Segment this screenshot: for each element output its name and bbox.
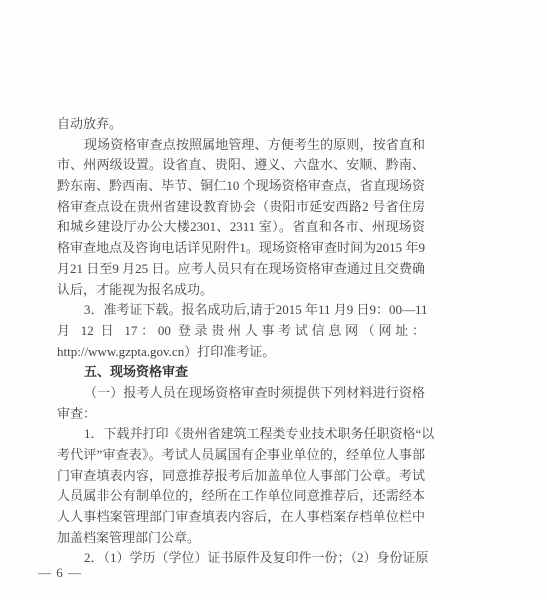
document-line: 黔东南、黔西南、毕节、铜仁10 个现场资格审查点，省直现场资: [57, 176, 425, 197]
document-line: 门审查填表内容，同意推荐报考后加盖单位人事部门公章。考试: [57, 466, 425, 487]
document-line-url: http://www.gzpta.gov.cn）打印准考证。: [57, 342, 425, 363]
document-line: 人员属非公有制单位的，经所在工作单位同意推荐后，还需经本: [57, 486, 425, 507]
document-line: 考代评”审查表》。考试人员属国有企事业单位的，经单位人事部: [57, 445, 425, 466]
document-page: 自动放弃。 现场资格审查点按照属地管理、方便考生的原则，按省直和 市、州两级设置…: [0, 0, 547, 600]
document-line: 加盖档案管理部门公章。: [57, 528, 425, 549]
document-line: 格审查点设在贵州省建设教育协会（贵阳市延安西路2 号省住房: [57, 197, 425, 218]
document-line: （一）报考人员在现场资格审查时须提供下列材料进行资格: [57, 383, 425, 404]
document-body: 自动放弃。 现场资格审查点按照属地管理、方便考生的原则，按省直和 市、州两级设置…: [57, 114, 425, 569]
document-line: 1．下载并打印《贵州省建筑工程类专业技术职务任职资格“以: [57, 424, 425, 445]
section-heading: 五、现场资格审查: [57, 362, 425, 383]
document-line: 人人事档案管理部门审查填表内容后，在人事档案存档单位栏中: [57, 507, 425, 528]
document-line: 自动放弃。: [57, 114, 425, 135]
document-line: 审查：: [57, 404, 425, 425]
document-line: 2．（1）学历（学位）证书原件及复印件一份；（2）身份证原: [57, 548, 425, 569]
document-line: 认后，才能视为报名成功。: [57, 280, 425, 301]
document-line: 3．准考证下载。报名成功后,请于2015 年11 月9 日9：00—11: [57, 300, 425, 321]
document-line: 现场资格审查点按照属地管理、方便考生的原则，按省直和: [57, 135, 425, 156]
document-line: 和城乡建设厅办公大楼2301、2311 室）。省直和各市、州现场资: [57, 217, 425, 238]
document-line: 月21 日至9 月25 日。应考人员只有在现场资格审查通过且交费确: [57, 259, 425, 280]
document-line: 月 12 日 17：00 登录贵州人事考试信息网（网址：: [57, 321, 425, 342]
document-line: 格审查地点及咨询电话详见附件1。现场资格审查时间为2015 年9: [57, 238, 425, 259]
page-number: — 6 —: [38, 564, 82, 582]
document-line: 市、州两级设置。设省直、贵阳、遵义、六盘水、安顺、黔南、: [57, 155, 425, 176]
